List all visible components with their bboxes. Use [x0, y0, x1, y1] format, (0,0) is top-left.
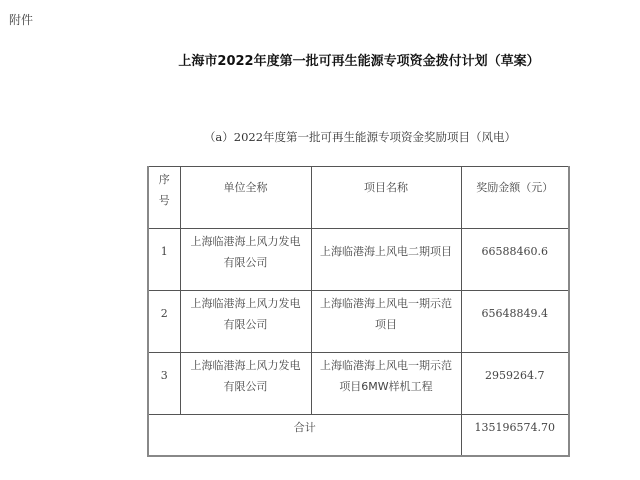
company-line2: 有限公司 [181, 314, 311, 335]
header-index: 序 号 [148, 167, 180, 229]
project-line2: 项目 [312, 314, 461, 335]
row-index: 3 [148, 353, 180, 415]
row-project: 上海临港海上风电一期示范 项目6MW样机工程 [311, 353, 461, 415]
header-project: 项目名称 [311, 167, 461, 229]
row-company: 上海临港海上风力发电 有限公司 [180, 353, 311, 415]
company-line1: 上海临港海上风力发电 [181, 355, 311, 376]
row-index: 2 [148, 291, 180, 353]
row-company: 上海临港海上风力发电 有限公司 [180, 229, 311, 291]
row-company: 上海临港海上风力发电 有限公司 [180, 291, 311, 353]
project-line1: 上海临港海上风电一期示范 [312, 355, 461, 376]
header-amount: 奖励金额（元） [461, 167, 569, 229]
company-line2: 有限公司 [181, 376, 311, 397]
row-amount: 66588460.6 [461, 229, 569, 291]
attachment-label: 附件 [9, 11, 33, 28]
header-index-line1: 序 [149, 169, 180, 190]
project-line1: 上海临港海上风电一期示范 [312, 293, 461, 314]
header-company: 单位全称 [180, 167, 311, 229]
company-line1: 上海临港海上风力发电 [181, 231, 311, 252]
row-project: 上海临港海上风电一期示范 项目 [311, 291, 461, 353]
table-total-row: 合计 135196574.70 [148, 415, 569, 456]
funding-table: 序 号 单位全称 项目名称 奖励金额（元） 1 上海临港海上风力发电 有限公司 … [147, 166, 570, 457]
project-line2: 项目6MW样机工程 [312, 376, 461, 397]
total-label: 合计 [148, 415, 461, 456]
table-header-row: 序 号 单位全称 项目名称 奖励金额（元） [148, 167, 569, 229]
table-row: 3 上海临港海上风力发电 有限公司 上海临港海上风电一期示范 项目6MW样机工程… [148, 353, 569, 415]
table-caption: （a）2022年度第一批可再生能源专项资金奖励项目（风电） [0, 129, 640, 145]
row-amount: 2959264.7 [461, 353, 569, 415]
table-row: 1 上海临港海上风力发电 有限公司 上海临港海上风电二期项目 66588460.… [148, 229, 569, 291]
row-index: 1 [148, 229, 180, 291]
header-index-line2: 号 [149, 190, 180, 211]
row-amount: 65648849.4 [461, 291, 569, 353]
table-row: 2 上海临港海上风力发电 有限公司 上海临港海上风电一期示范 项目 656488… [148, 291, 569, 353]
company-line1: 上海临港海上风力发电 [181, 293, 311, 314]
project-line1: 上海临港海上风电二期项目 [312, 241, 461, 262]
total-amount: 135196574.70 [461, 415, 569, 456]
company-line2: 有限公司 [181, 252, 311, 273]
document-title: 上海市2022年度第一批可再生能源专项资金拨付计划（草案） [0, 50, 640, 69]
row-project: 上海临港海上风电二期项目 [311, 229, 461, 291]
